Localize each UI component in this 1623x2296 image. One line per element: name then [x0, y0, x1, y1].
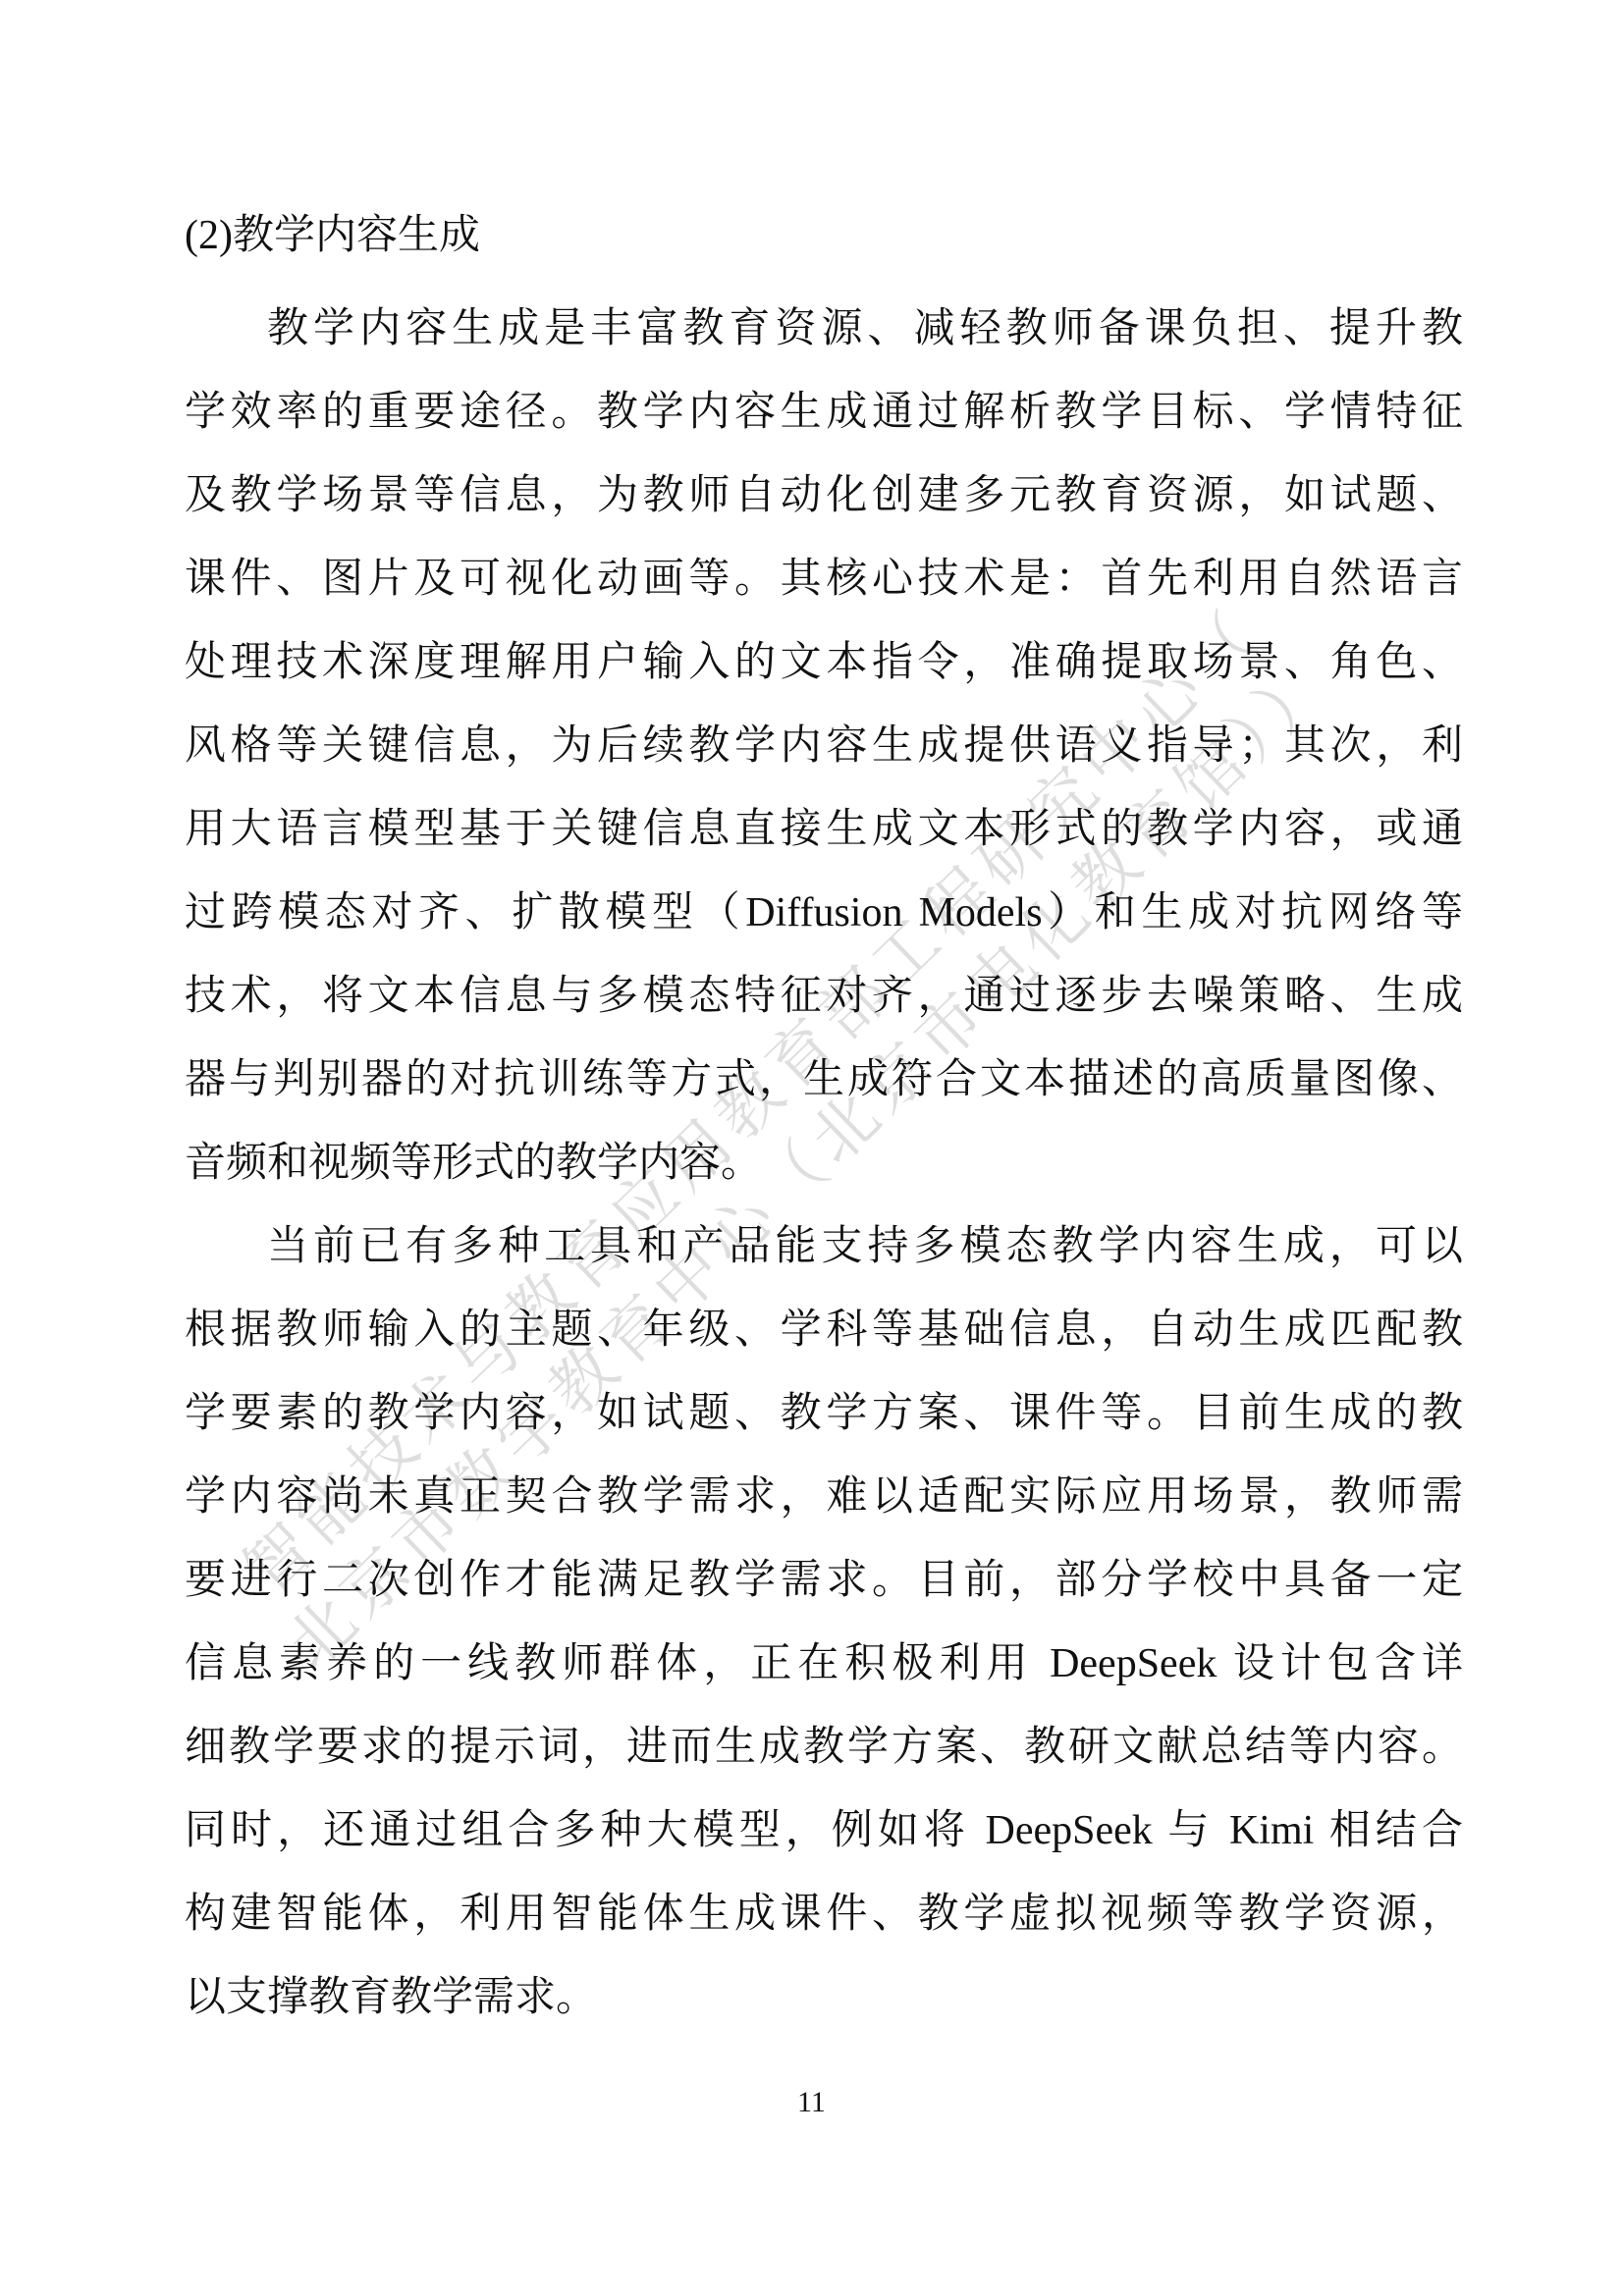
text-line: 构建智能体，利用智能体生成课件、教学虚拟视频等教学资源，	[185, 1873, 1463, 1956]
text-line: 学效率的重要途径。教学内容生成通过解析教学目标、学情特征	[185, 371, 1463, 454]
text-line: 细教学要求的提示词，进而生成教学方案、教研文献总结等内容。	[185, 1706, 1463, 1789]
text-line: 器与判别器的对抗训练等方式，生成符合文本描述的高质量图像、	[185, 1039, 1463, 1122]
text-line: 技术，将文本信息与多模态特征对齐，通过逐步去噪策略、生成	[185, 955, 1463, 1039]
text-line: 信息素养的一线教师群体，正在积极利用 DeepSeek 设计包含详	[185, 1623, 1463, 1706]
text-line: 过跨模态对齐、扩散模型（Diffusion Models）和生成对抗网络等	[185, 872, 1463, 955]
text-line: 风格等关键信息，为后续教学内容生成提供语义指导；其次，利	[185, 705, 1463, 788]
document-page: 智能技术与教育应用教育部工程研究中心（ 北京市数字教育中心（北京市电化教育馆））…	[0, 0, 1623, 2296]
text-line: 以支撑教育教学需求。	[185, 1956, 1463, 2040]
text-line: 课件、图片及可视化动画等。其核心技术是：首先利用自然语言	[185, 538, 1463, 621]
text-line: 音频和视频等形式的教学内容。	[185, 1122, 1463, 1205]
text-line: 学内容尚未真正契合教学需求，难以适配实际应用场景，教师需	[185, 1456, 1463, 1539]
text-line: 根据教师输入的主题、年级、学科等基础信息，自动生成匹配教	[185, 1289, 1463, 1372]
body-paragraph: 教学内容生成是丰富教育资源、减轻教师备课负担、提升教学效率的重要途径。教学内容生…	[185, 288, 1463, 1205]
page-number: 11	[0, 2086, 1623, 2119]
text-line: 用大语言模型基于关键信息直接生成文本形式的教学内容，或通	[185, 788, 1463, 872]
text-line: 当前已有多种工具和产品能支持多模态教学内容生成，可以	[185, 1205, 1463, 1289]
section-heading: (2)教学内容生成	[185, 194, 1463, 278]
text-line: 同时，还通过组合多种大模型，例如将 DeepSeek 与 Kimi 相结合	[185, 1789, 1463, 1873]
text-line: 处理技术深度理解用户输入的文本指令，准确提取场景、角色、	[185, 621, 1463, 705]
text-line: 要进行二次创作才能满足教学需求。目前，部分学校中具备一定	[185, 1539, 1463, 1623]
page-content: (2)教学内容生成 教学内容生成是丰富教育资源、减轻教师备课负担、提升教学效率的…	[185, 194, 1463, 2040]
text-line: 教学内容生成是丰富教育资源、减轻教师备课负担、提升教	[185, 288, 1463, 371]
text-line: 学要素的教学内容，如试题、教学方案、课件等。目前生成的教	[185, 1372, 1463, 1456]
text-line: 及教学场景等信息，为教师自动化创建多元教育资源，如试题、	[185, 454, 1463, 538]
body-paragraph: 当前已有多种工具和产品能支持多模态教学内容生成，可以根据教师输入的主题、年级、学…	[185, 1205, 1463, 2040]
